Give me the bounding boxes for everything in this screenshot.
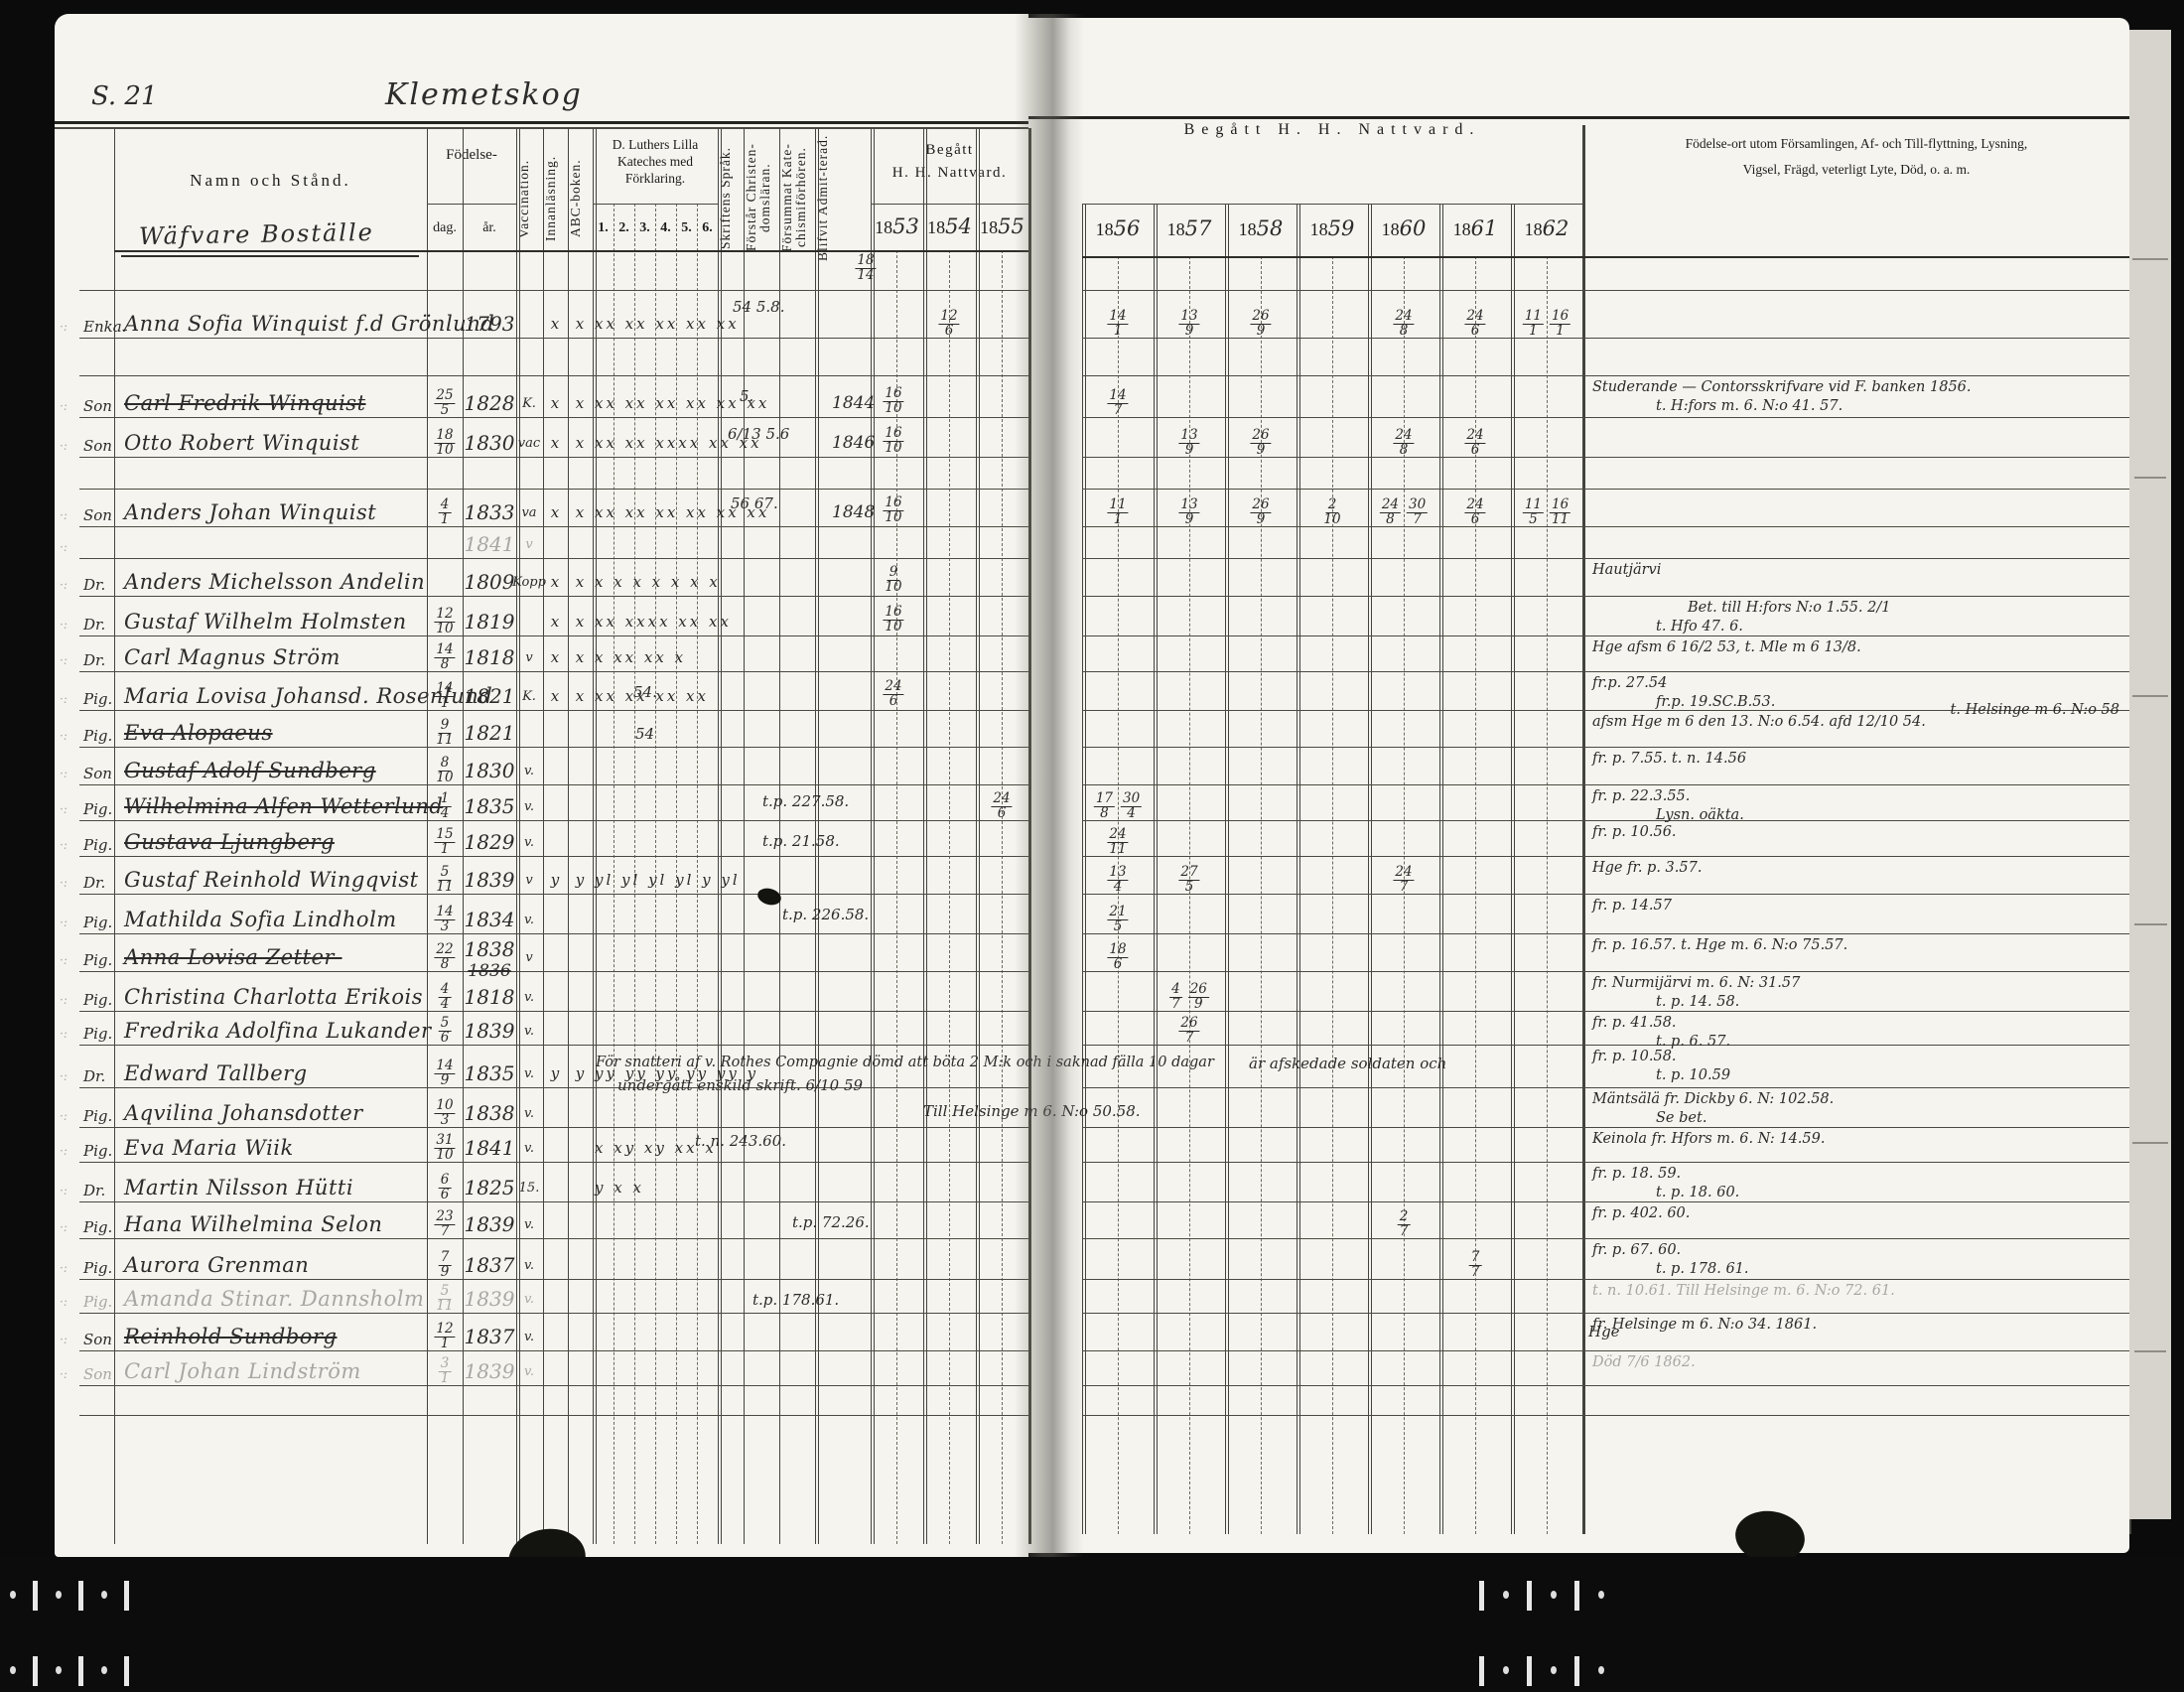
fraction: 269 — [1188, 983, 1209, 1011]
communion-date: 246 — [1461, 498, 1488, 526]
birth-year: 1833 — [465, 500, 515, 524]
vaccination-mark: v. — [524, 990, 534, 1005]
row-prefix: Dr. — [83, 874, 105, 892]
catechism-marks: yl yl yl yl y yl — [595, 871, 741, 889]
margin-mark: ·: — [60, 692, 68, 706]
film-border-top — [0, 0, 2184, 14]
reading-mark: y — [551, 1064, 559, 1082]
birth-year: 1818 — [465, 985, 515, 1009]
fraction: 141 — [1107, 310, 1128, 338]
fraction: 126 — [938, 310, 959, 338]
abc-mark: x — [576, 573, 584, 591]
binding-fold — [1015, 14, 1084, 1557]
communion-date: 111 — [1104, 498, 1131, 526]
remark-note-right: t. Helsinge m 6. N:o 58 — [1817, 702, 2119, 718]
page-fore-edge — [2129, 30, 2171, 1519]
film-tick — [1551, 1666, 1557, 1674]
birth-year: 1809 — [465, 570, 515, 594]
film-tick — [1479, 1581, 1484, 1611]
microfilm-frame: S. 21 Klemetskog Namn och Stånd. Födelse… — [0, 0, 2184, 1692]
remark-note: Keinola fr. Hfors m. 6. N: 14.59. — [1592, 1131, 1825, 1147]
remark-note: fr. p. 18. 59. — [1592, 1166, 1681, 1182]
fraction: 255 — [434, 389, 455, 417]
vaccination-mark: K. — [522, 689, 536, 704]
margin-mark: ·: — [60, 993, 68, 1007]
stray-annotation: är afskedade soldaten och — [1249, 1055, 1446, 1072]
birth-year: 1830 — [465, 759, 515, 782]
birth-year: 1841 — [465, 1136, 515, 1160]
vaccination-mark: v. — [524, 1106, 534, 1121]
stray-annotation: 56 67. — [731, 494, 778, 512]
film-tick — [1598, 1591, 1604, 1599]
film-border-bottom — [0, 1557, 2184, 1692]
row-prefix: Pig. — [83, 690, 112, 708]
vaccination-mark: v — [525, 650, 532, 665]
film-tick — [1574, 1581, 1579, 1611]
communion-date: 246 — [1461, 429, 1488, 457]
birth-year: 1838 — [465, 1101, 515, 1125]
birth-year: 1839 — [465, 1359, 515, 1383]
admitted-date: 1610 — [880, 387, 906, 415]
row-name: Carl Fredrik Winquist — [124, 391, 366, 415]
birth-day: 79 — [436, 1251, 455, 1279]
fraction: 246 — [1464, 498, 1485, 526]
communion-date: 269 — [1247, 498, 1274, 526]
birth-day: 44 — [436, 983, 455, 1011]
birth-year: 1839 — [465, 868, 515, 892]
fraction: 246 — [883, 680, 903, 708]
communion-date: 126 — [935, 310, 962, 338]
fraction: 248 — [1393, 429, 1414, 457]
abc-mark: x — [576, 434, 584, 452]
fraction: 143 — [434, 906, 455, 933]
birth-year: 1825 — [465, 1176, 515, 1199]
fraction: 27 — [1398, 1210, 1411, 1238]
admitted-year: 1844 — [832, 393, 875, 413]
film-tick — [1551, 1591, 1557, 1599]
birth-day: 237 — [431, 1210, 458, 1238]
film-tick — [124, 1581, 129, 1611]
communion-date: 134 — [1104, 866, 1131, 894]
communion-date: 186 — [1104, 943, 1131, 971]
communion-date: 275 — [1175, 866, 1202, 894]
remark-note: fr. p. 7.55. t. n. 14.56 — [1592, 751, 1746, 767]
row-prefix: Son — [83, 765, 112, 782]
fraction: 14 — [439, 792, 452, 820]
birth-year: 1821 — [465, 684, 515, 708]
film-tick — [78, 1656, 83, 1686]
remark-note: Död 7/6 1862. — [1592, 1354, 1696, 1370]
fraction: 1610 — [883, 387, 903, 415]
vaccination-mark: K. — [522, 396, 536, 411]
fraction: 1611 — [1550, 498, 1570, 526]
row-prefix: Pig. — [83, 1259, 112, 1277]
fraction: 103 — [434, 1099, 455, 1127]
catechism-marks: x x x x x x x — [595, 573, 721, 591]
communion-date: 2411 — [1104, 828, 1131, 856]
row-name: Gustaf Adolf Sundberg — [124, 759, 376, 782]
abc-mark: x — [576, 315, 584, 333]
birth-year: 1821 — [465, 721, 515, 745]
communion-date: 111161 — [1520, 310, 1573, 338]
communion-date: 267 — [1175, 1017, 1202, 1045]
communion-date: 248307 — [1377, 498, 1431, 526]
remark-note: t. p. 10.59 — [1656, 1067, 1730, 1083]
catechism-marks: y x x — [595, 1179, 644, 1197]
reading-mark: x — [551, 315, 559, 333]
birth-year: 1830 — [465, 431, 515, 455]
film-tick — [56, 1666, 62, 1674]
communion-date: 139 — [1175, 429, 1202, 457]
vaccination-mark: v. — [524, 913, 534, 927]
film-tick — [33, 1581, 38, 1611]
film-tick — [101, 1666, 107, 1674]
reading-mark: x — [551, 503, 559, 521]
margin-mark: ·: — [60, 1184, 68, 1198]
vaccination-mark: v — [525, 537, 532, 552]
remark-note: Mäntsälä fr. Dickby 6. N: 102.58. — [1592, 1091, 1834, 1107]
abc-mark: x — [576, 648, 584, 666]
vaccination-mark: v. — [524, 835, 534, 850]
margin-mark: ·: — [60, 1220, 68, 1234]
reading-mark: x — [551, 573, 559, 591]
communion-date: 27 — [1395, 1210, 1414, 1238]
remark-note: Hge fr. p. 3.57. — [1592, 860, 1702, 876]
birth-day: 143 — [431, 906, 458, 933]
remark-note: fr. p. 16.57. t. Hge m. 6. N:o 75.57. — [1592, 937, 1847, 953]
fraction: 3110 — [434, 1134, 455, 1162]
film-tick — [78, 1581, 83, 1611]
row-prefix: Dr. — [83, 1067, 105, 1085]
fraction: 246 — [1464, 310, 1485, 338]
margin-mark: ·: — [60, 802, 68, 816]
fraction: 307 — [1407, 498, 1428, 526]
communion-date: 139 — [1175, 498, 1202, 526]
fraction: 79 — [439, 1251, 452, 1279]
communion-date: 269 — [1247, 310, 1274, 338]
vaccination-mark: v. — [524, 1330, 534, 1344]
stray-annotation: 5. — [740, 387, 753, 405]
row-prefix: Pig. — [83, 1025, 112, 1043]
communion-date: 47269 — [1166, 983, 1212, 1011]
catechism-marks: xx xxxx xx xx — [595, 613, 732, 631]
abc-mark: y — [576, 1064, 584, 1082]
birth-year: 1841 — [465, 532, 515, 556]
stray-annotation: 54. — [633, 683, 657, 701]
fraction: 115 — [1523, 498, 1544, 526]
film-tick — [1527, 1581, 1532, 1611]
fraction: 269 — [1250, 429, 1271, 457]
communion-date: 77 — [1466, 1251, 1485, 1279]
fraction: 139 — [1178, 310, 1199, 338]
remark-note: t. p. 178. 61. — [1656, 1261, 1749, 1277]
fraction: 304 — [1121, 792, 1142, 820]
margin-mark: ·: — [60, 1333, 68, 1346]
birth-year: 1828 — [465, 391, 515, 415]
communion-date: 215 — [1104, 906, 1131, 933]
row-name: Wilhelmina Alfen Wetterlund — [124, 794, 443, 818]
communion-date: 141 — [1104, 310, 1131, 338]
film-tick — [10, 1666, 16, 1674]
communion-date: 246 — [988, 792, 1015, 820]
fraction: 178 — [1094, 792, 1115, 820]
remark-note: t. p. 18. 60. — [1656, 1185, 1739, 1200]
communion-date: 246 — [1461, 310, 1488, 338]
fraction: 111 — [1107, 498, 1128, 526]
stray-annotation: t. n. 243.60. — [695, 1132, 786, 1150]
birth-day: 121 — [431, 1323, 458, 1350]
film-tick — [1527, 1656, 1532, 1686]
fraction: 47 — [1169, 983, 1182, 1011]
film-border-right — [2171, 0, 2184, 1692]
vaccination-mark: v. — [524, 1066, 534, 1081]
birth-day: 14 — [436, 792, 455, 820]
remark-note: fr. p. 41.58. — [1592, 1015, 1677, 1031]
fraction: 111 — [1523, 310, 1544, 338]
film-tick — [101, 1591, 107, 1599]
birth-day: 66 — [436, 1174, 455, 1201]
row-name: Reinhold Sundborg — [124, 1325, 337, 1348]
communion-date: 248 — [1390, 429, 1417, 457]
row-prefix: Dr. — [83, 651, 105, 669]
vaccination-mark: vac — [518, 436, 540, 451]
margin-mark: ·: — [60, 540, 68, 554]
abc-mark: x — [576, 687, 584, 705]
stray-annotation: t.p. 72.26. — [792, 1213, 870, 1231]
margin-mark: ·: — [60, 1144, 68, 1158]
birth-day: 148 — [431, 643, 458, 671]
birth-day: 1210 — [431, 608, 458, 635]
communion-date: 210 — [1318, 498, 1345, 526]
stray-annotation: 6/13 5.6 — [728, 425, 789, 443]
margin-mark: ·: — [60, 953, 68, 967]
remark-note: fr. Helsinge m 6. N:o 34. 1861. — [1592, 1317, 1817, 1333]
remark-note: fr. p. 22.3.55. — [1592, 788, 1690, 804]
film-tick — [33, 1656, 38, 1686]
margin-mark: ·: — [60, 1027, 68, 1041]
row-prefix: Son — [83, 506, 112, 524]
margin-mark: ·: — [60, 399, 68, 413]
remark-note: Se bet. — [1656, 1110, 1706, 1126]
margin-mark: ·: — [60, 508, 68, 522]
birth-day: 228 — [431, 943, 458, 971]
row-prefix: Pig. — [83, 836, 112, 854]
row-name: Edward Tallberg — [124, 1061, 308, 1085]
row-name: Amanda Stinar. Dannsholm — [124, 1287, 424, 1311]
stray-annotation: För snatteri af v. Rothes Compagnie dömd… — [596, 1055, 1214, 1070]
row-name: Anna Sofia Winquist f.d Grönlund — [124, 312, 494, 336]
communion-date: 1151611 — [1520, 498, 1573, 526]
fraction: 269 — [1250, 310, 1271, 338]
fraction: 148 — [434, 643, 455, 671]
margin-mark: ·: — [60, 838, 68, 852]
abc-mark: x — [576, 503, 584, 521]
fraction: 1610 — [883, 496, 903, 524]
vaccination-mark: va — [521, 505, 536, 520]
fraction: 269 — [1250, 498, 1271, 526]
margin-mark: ·: — [60, 1367, 68, 1381]
remark-note: Bet. till H:fors N:o 1.55. 2/1 — [1688, 600, 1890, 616]
row-name: Gustaf Reinhold Wingqvist — [124, 868, 419, 892]
birth-day: 810 — [431, 757, 458, 784]
birth-day: 1810 — [431, 429, 458, 457]
birth-day: 511 — [431, 866, 458, 894]
admitted-date: 1610 — [880, 606, 906, 634]
table-content: Enka.Anna Sofia Winquist f.d Grönlund·:1… — [0, 0, 2184, 1692]
margin-mark: ·: — [60, 876, 68, 890]
row-name: Christina Charlotta Erikois — [124, 985, 423, 1009]
film-tick — [1503, 1591, 1509, 1599]
fraction: 149 — [434, 1059, 455, 1087]
row-name: Eva Alopaeus — [124, 721, 273, 745]
margin-mark: ·: — [60, 320, 68, 334]
vaccination-mark: v — [525, 873, 532, 888]
margin-mark: ·: — [60, 1261, 68, 1275]
birth-year-struck: 1836 — [468, 961, 510, 981]
fraction: 911 — [434, 719, 455, 747]
fraction: 139 — [1178, 429, 1199, 457]
fraction: 1814 — [855, 254, 876, 282]
vaccination-mark: v. — [524, 1141, 534, 1156]
remark-note: t. p. 14. 58. — [1656, 994, 1739, 1010]
abc-mark: x — [576, 394, 584, 412]
admitted-date: 1610 — [880, 427, 906, 455]
fraction: 511 — [434, 866, 455, 894]
margin-mark: ·: — [60, 729, 68, 743]
remark-note: t. H:fors m. 6. N:o 41. 57. — [1656, 398, 1843, 414]
birth-day: 141 — [431, 682, 458, 710]
birth-day: 31 — [436, 1357, 455, 1385]
vaccination-mark: v — [525, 950, 532, 965]
vaccination-mark: v. — [524, 799, 534, 814]
row-prefix: Pig. — [83, 1142, 112, 1160]
margin-mark: ·: — [60, 578, 68, 592]
film-tick — [10, 1591, 16, 1599]
birth-year: 1839 — [465, 1019, 515, 1043]
row-name: Aqvilina Johansdotter — [124, 1101, 363, 1125]
row-prefix: Pig. — [83, 1293, 112, 1311]
fraction: 248 — [1393, 310, 1414, 338]
admitted-year: 1848 — [832, 502, 875, 522]
abc-mark: x — [576, 613, 584, 631]
fraction: 161 — [1550, 310, 1570, 338]
birth-day: 3110 — [431, 1134, 458, 1162]
stray-annotation: 54 5.8. — [733, 298, 784, 316]
row-prefix: Son — [83, 397, 112, 415]
birth-day: 255 — [431, 389, 458, 417]
row-name: Anna Lovisa Zetter- — [124, 945, 342, 969]
row-name: Hana Wilhelmina Selon — [124, 1212, 382, 1236]
row-prefix: Son — [83, 437, 112, 455]
communion-date: 269 — [1247, 429, 1274, 457]
stray-annotation: t.p. 178.61. — [752, 1291, 839, 1309]
fraction: 237 — [434, 1210, 455, 1238]
film-tick — [1598, 1666, 1604, 1674]
row-name: Carl Johan Lindström — [124, 1359, 361, 1383]
margin-mark: ·: — [60, 1109, 68, 1123]
row-prefix: Enka. — [83, 318, 126, 336]
fraction: 246 — [1464, 429, 1485, 457]
fraction: 215 — [1107, 906, 1128, 933]
fraction: 210 — [1321, 498, 1342, 526]
vaccination-mark: v. — [524, 1364, 534, 1379]
catechism-marks: x xx xx x — [595, 648, 686, 666]
stray-annotation: t.p. 226.58. — [782, 906, 869, 923]
row-name: Anders Johan Winquist — [124, 500, 376, 524]
remark-note: fr. p. 10.56. — [1592, 824, 1677, 840]
birth-day: 149 — [431, 1059, 458, 1087]
row-name: Fredrika Adolfina Lukander — [124, 1019, 431, 1043]
fraction: 1610 — [883, 606, 903, 634]
admitted-date: 1610 — [880, 496, 906, 524]
fraction: 147 — [1107, 389, 1128, 417]
admitted-date: 910 — [880, 566, 906, 594]
birth-day: 41 — [436, 498, 455, 526]
fraction: 134 — [1107, 866, 1128, 894]
margin-mark: ·: — [60, 1069, 68, 1083]
reading-mark: x — [551, 434, 559, 452]
row-name: Gustava Ljungberg — [124, 830, 335, 854]
remark-note: Hge afsm 6 16/2 53, t. Mle m 6 13/8. — [1592, 639, 1861, 655]
remark-note: fr. p. 14.57 — [1592, 898, 1672, 914]
birth-day: 511 — [431, 1285, 458, 1313]
row-prefix: Pig. — [83, 951, 112, 969]
margin-mark: ·: — [60, 618, 68, 632]
fraction: 56 — [439, 1017, 452, 1045]
birth-year: 1837 — [465, 1253, 515, 1277]
remark-note: Hautjärvi — [1592, 562, 1661, 578]
remark-note: fr.p. 19.SC.B.53. — [1656, 694, 1775, 710]
row-prefix: Pig. — [83, 727, 112, 745]
reading-mark: x — [551, 648, 559, 666]
remark-note: fr. p. 402. 60. — [1592, 1205, 1690, 1221]
admitted-date: 246 — [880, 680, 906, 708]
reading-mark: x — [551, 613, 559, 631]
birth-year: 1829 — [465, 830, 515, 854]
vaccination-mark: 15. — [519, 1181, 540, 1196]
communion-date: 147 — [1104, 389, 1131, 417]
fraction: 139 — [1178, 498, 1199, 526]
birth-year: 1835 — [465, 1061, 515, 1085]
birth-year: 1834 — [465, 908, 515, 931]
fraction: 31 — [439, 1357, 452, 1385]
film-tick — [124, 1656, 129, 1686]
vaccination-mark: v. — [524, 1258, 534, 1273]
vaccination-mark: Kopp — [512, 575, 546, 590]
row-prefix: Son — [83, 1331, 112, 1348]
fraction: 1810 — [434, 429, 455, 457]
fraction: 186 — [1107, 943, 1128, 971]
birth-day: 56 — [436, 1017, 455, 1045]
film-tick — [1479, 1656, 1484, 1686]
fraction: 121 — [434, 1323, 455, 1350]
communion-date: 178304 — [1091, 792, 1145, 820]
row-name: Otto Robert Winquist — [124, 431, 359, 455]
fraction: 2411 — [1107, 828, 1128, 856]
communion-date: 248 — [1390, 310, 1417, 338]
stray-annotation: Hge — [1588, 1323, 1620, 1340]
row-name: Carl Magnus Ström — [124, 645, 341, 669]
birth-year: 1837 — [465, 1325, 515, 1348]
margin-mark: ·: — [60, 439, 68, 453]
stray-annotation: undergått enskild skrift. 6/10 59 — [617, 1076, 863, 1094]
birth-year: 1839 — [465, 1287, 515, 1311]
fraction: 77 — [1469, 1251, 1482, 1279]
vaccination-mark: v. — [524, 1292, 534, 1307]
fraction: 248 — [1380, 498, 1401, 526]
stray-annotation: t.p. 21.58. — [762, 832, 840, 850]
stray-annotation: t.p. 227.58. — [762, 792, 849, 810]
